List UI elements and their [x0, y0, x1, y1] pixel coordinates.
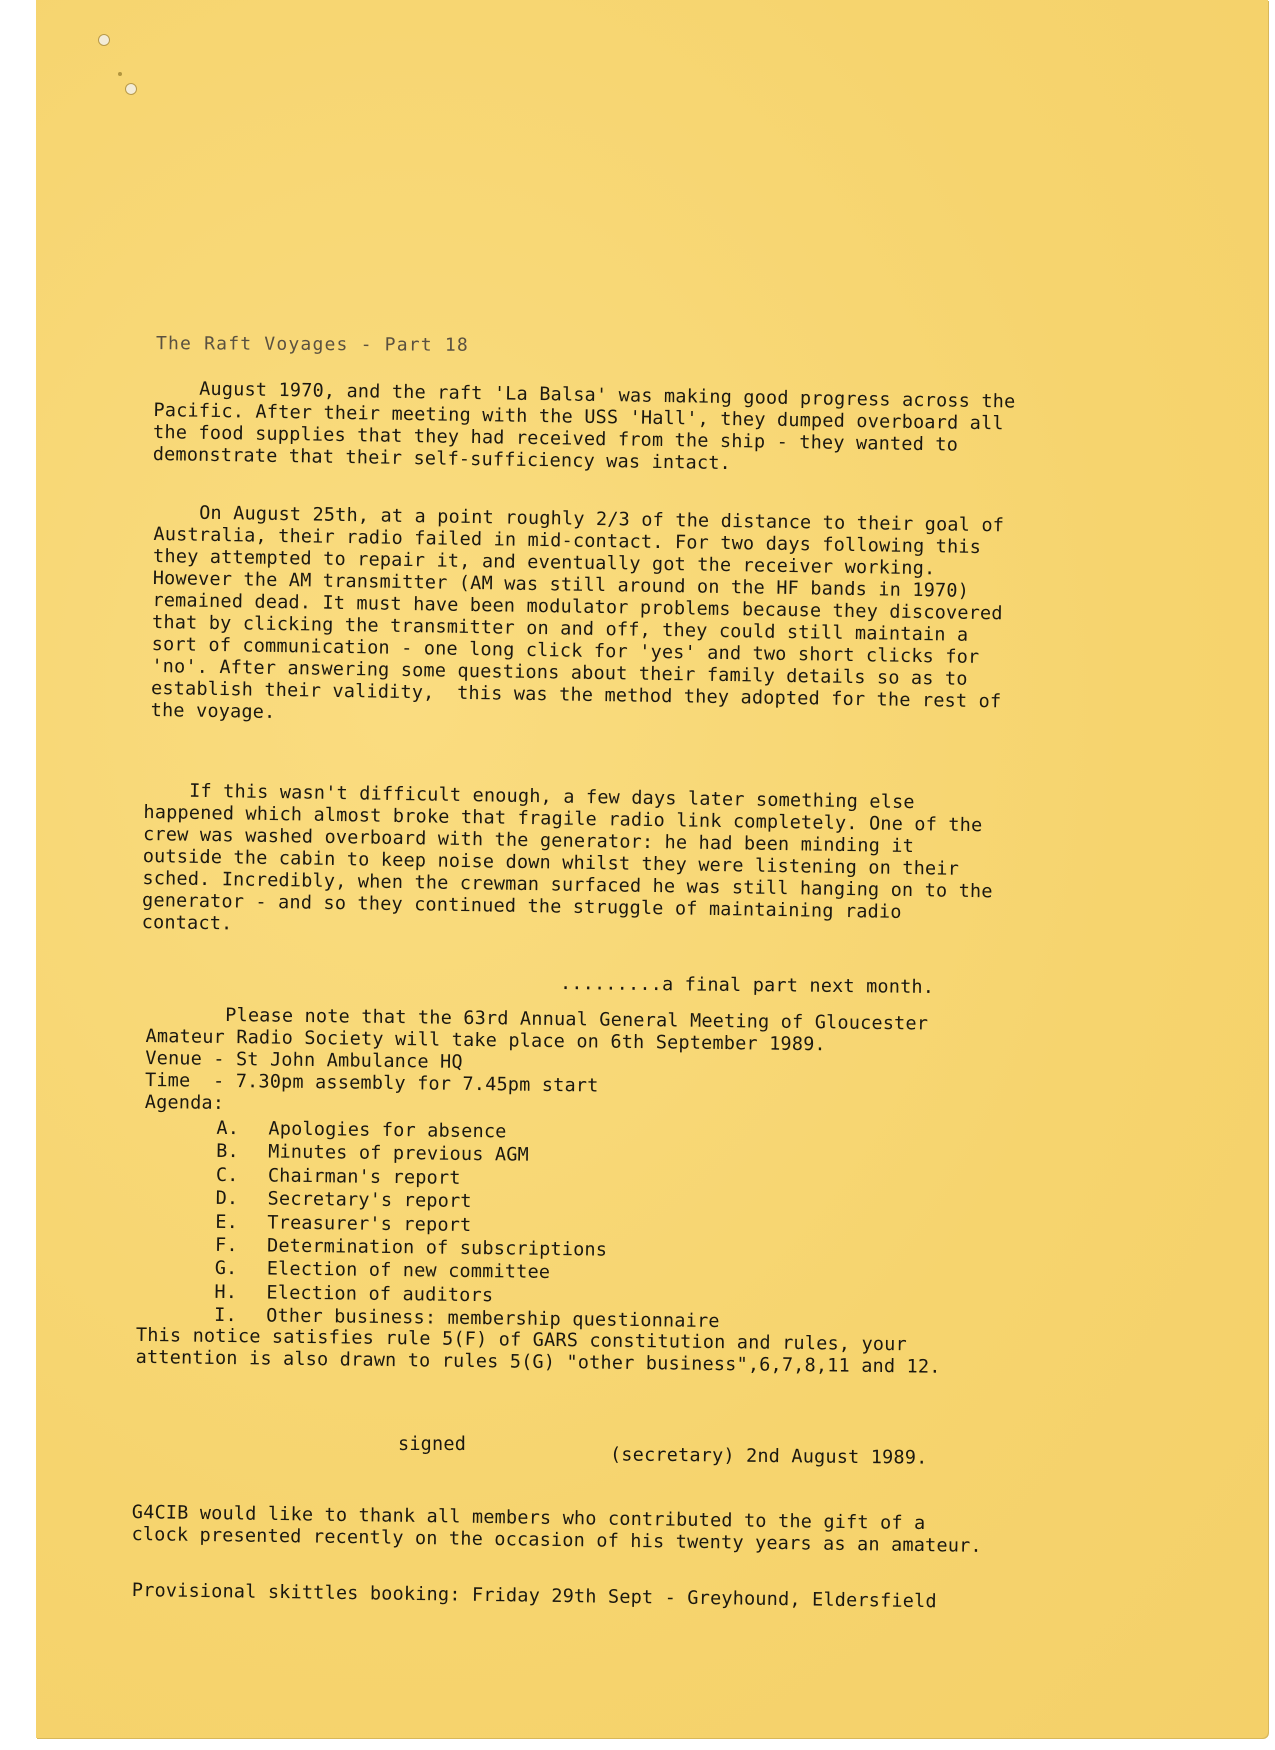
agenda-item-text: Minutes of previous AGM [268, 1142, 529, 1166]
agenda-item-text: Election of new committee [267, 1259, 551, 1283]
signed-label: signed [398, 1434, 466, 1456]
agenda-item-letter: A. [216, 1117, 268, 1141]
punch-hole-mark [98, 34, 110, 46]
continuation-note: .........a final part next month. [560, 973, 934, 999]
article-title: The Raft Voyages - Part 18 [156, 333, 469, 357]
agenda-item-letter: I. [214, 1304, 266, 1328]
agenda-item-text: Chairman's report [268, 1165, 461, 1188]
agenda-item-text: Secretary's report [267, 1189, 471, 1212]
agenda-item-letter: D. [215, 1187, 267, 1211]
agenda-item-text: Determination of subscriptions [267, 1236, 607, 1261]
paper-speck [118, 72, 122, 76]
agenda-item-letter: G. [215, 1257, 267, 1281]
article-paragraph-3: If this wasn't difficult enough, a few d… [142, 780, 995, 947]
punch-hole-mark [125, 83, 137, 95]
agenda-item-text: Treasurer's report [267, 1212, 471, 1235]
article-paragraph-1: August 1970, and the raft 'La Balsa' was… [153, 378, 1016, 480]
agenda-item-letter: H. [214, 1281, 266, 1305]
agenda-item-letter: E. [215, 1210, 267, 1234]
agenda-item-text: Election of auditors [266, 1282, 493, 1306]
signed-by-secretary: (secretary) 2nd August 1989. [610, 1444, 928, 1469]
agenda-item-letter: C. [216, 1164, 268, 1188]
article-paragraph-2: On August 25th, at a point roughly 2/3 o… [151, 502, 1005, 735]
agenda-item-text: Apologies for absence [268, 1119, 506, 1143]
agenda-item-letter: F. [215, 1234, 267, 1258]
agenda-list: A.Apologies for absenceB.Minutes of prev… [214, 1117, 1022, 1337]
agenda-item-letter: B. [216, 1140, 268, 1164]
agm-notice-text: Please note that the 63rd Annual General… [145, 1004, 951, 1124]
agm-notice: Please note that the 63rd Annual General… [142, 1004, 951, 1378]
